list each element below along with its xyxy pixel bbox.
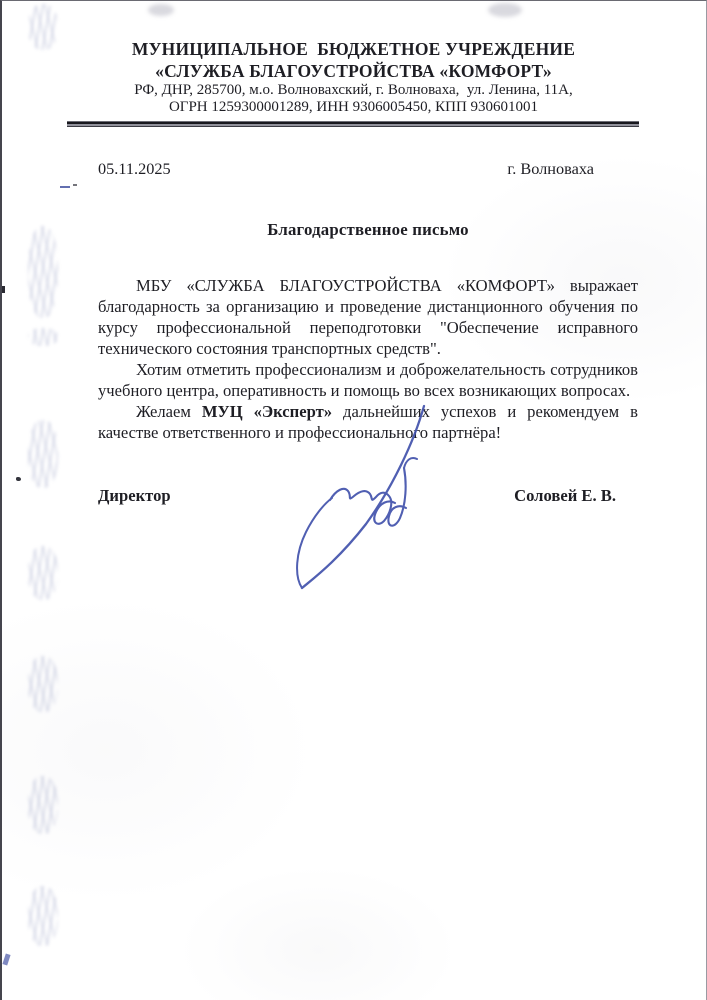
signature-block: Директор Соловей Е. В.	[98, 485, 638, 506]
ink-speck	[2, 286, 5, 293]
body-line: благодарность за организацию и проведени…	[98, 296, 638, 317]
body-text: технического состояния транспортных сред…	[98, 339, 441, 358]
paragraph: МБУ «СЛУЖБА БЛАГОУСТРОЙСТВА «КОМФОРТ» вы…	[98, 275, 638, 359]
letter-content: 05.11.2025 г. Волноваха Благодарственное…	[98, 0, 638, 506]
body-text: дальнейших успехов и рекомендуем в	[332, 402, 638, 421]
scan-bleed-artifact	[28, 328, 58, 346]
ink-speck	[16, 477, 21, 481]
scan-bleed-artifact	[28, 886, 58, 946]
body-line: МБУ «СЛУЖБА БЛАГОУСТРОЙСТВА «КОМФОРТ» вы…	[98, 275, 638, 296]
body-text: Желаем	[136, 402, 202, 421]
ink-speck	[2, 953, 10, 965]
letter-city: г. Волноваха	[507, 159, 594, 179]
body-text: Хотим отметить профессионализм и доброже…	[136, 360, 638, 379]
scan-bleed-artifact	[28, 776, 58, 834]
paragraph: Хотим отметить профессионализм и доброже…	[98, 359, 638, 401]
ink-speck	[60, 186, 70, 188]
body-text: качестве ответственного и профессиональн…	[98, 423, 501, 442]
scan-bleed-artifact	[28, 656, 58, 712]
body-line: учебного центра, оперативность и помощь …	[98, 380, 638, 401]
signoff-role: Директор	[98, 485, 171, 506]
body-text: курсу профессиональной переподготовки "О…	[98, 318, 638, 337]
ink-speck	[73, 184, 77, 186]
body-line: Хотим отметить профессионализм и доброже…	[98, 359, 638, 380]
body-line: качестве ответственного и профессиональн…	[98, 422, 638, 443]
scan-bleed-artifact	[28, 546, 58, 600]
letter-title: Благодарственное письмо	[98, 219, 638, 240]
scan-bleed-artifact	[28, 226, 58, 318]
body-text: учебного центра, оперативность и помощь …	[98, 381, 630, 400]
scan-bleed-artifact	[28, 420, 58, 488]
body-text: МБУ «СЛУЖБА БЛАГОУСТРОЙСТВА «КОМФОРТ» вы…	[136, 276, 638, 295]
body-line: технического состояния транспортных сред…	[98, 338, 638, 359]
letter-date: 05.11.2025	[98, 159, 171, 179]
body-line: курсу профессиональной переподготовки "О…	[98, 317, 638, 338]
body-text: благодарность за организацию и проведени…	[98, 297, 638, 316]
emphasized-text: МУЦ «Эксперт»	[202, 402, 332, 421]
scanned-letter-page: { "letterhead": { "org_line1": "МУНИЦИПА…	[0, 0, 707, 1000]
paragraph: Желаем МУЦ «Эксперт» дальнейших успехов …	[98, 401, 638, 443]
letter-body: МБУ «СЛУЖБА БЛАГОУСТРОЙСТВА «КОМФОРТ» вы…	[98, 275, 638, 443]
dateline: 05.11.2025 г. Волноваха	[98, 159, 638, 179]
body-line: Желаем МУЦ «Эксперт» дальнейших успехов …	[98, 401, 638, 422]
signoff-name: Соловей Е. В.	[514, 485, 616, 506]
